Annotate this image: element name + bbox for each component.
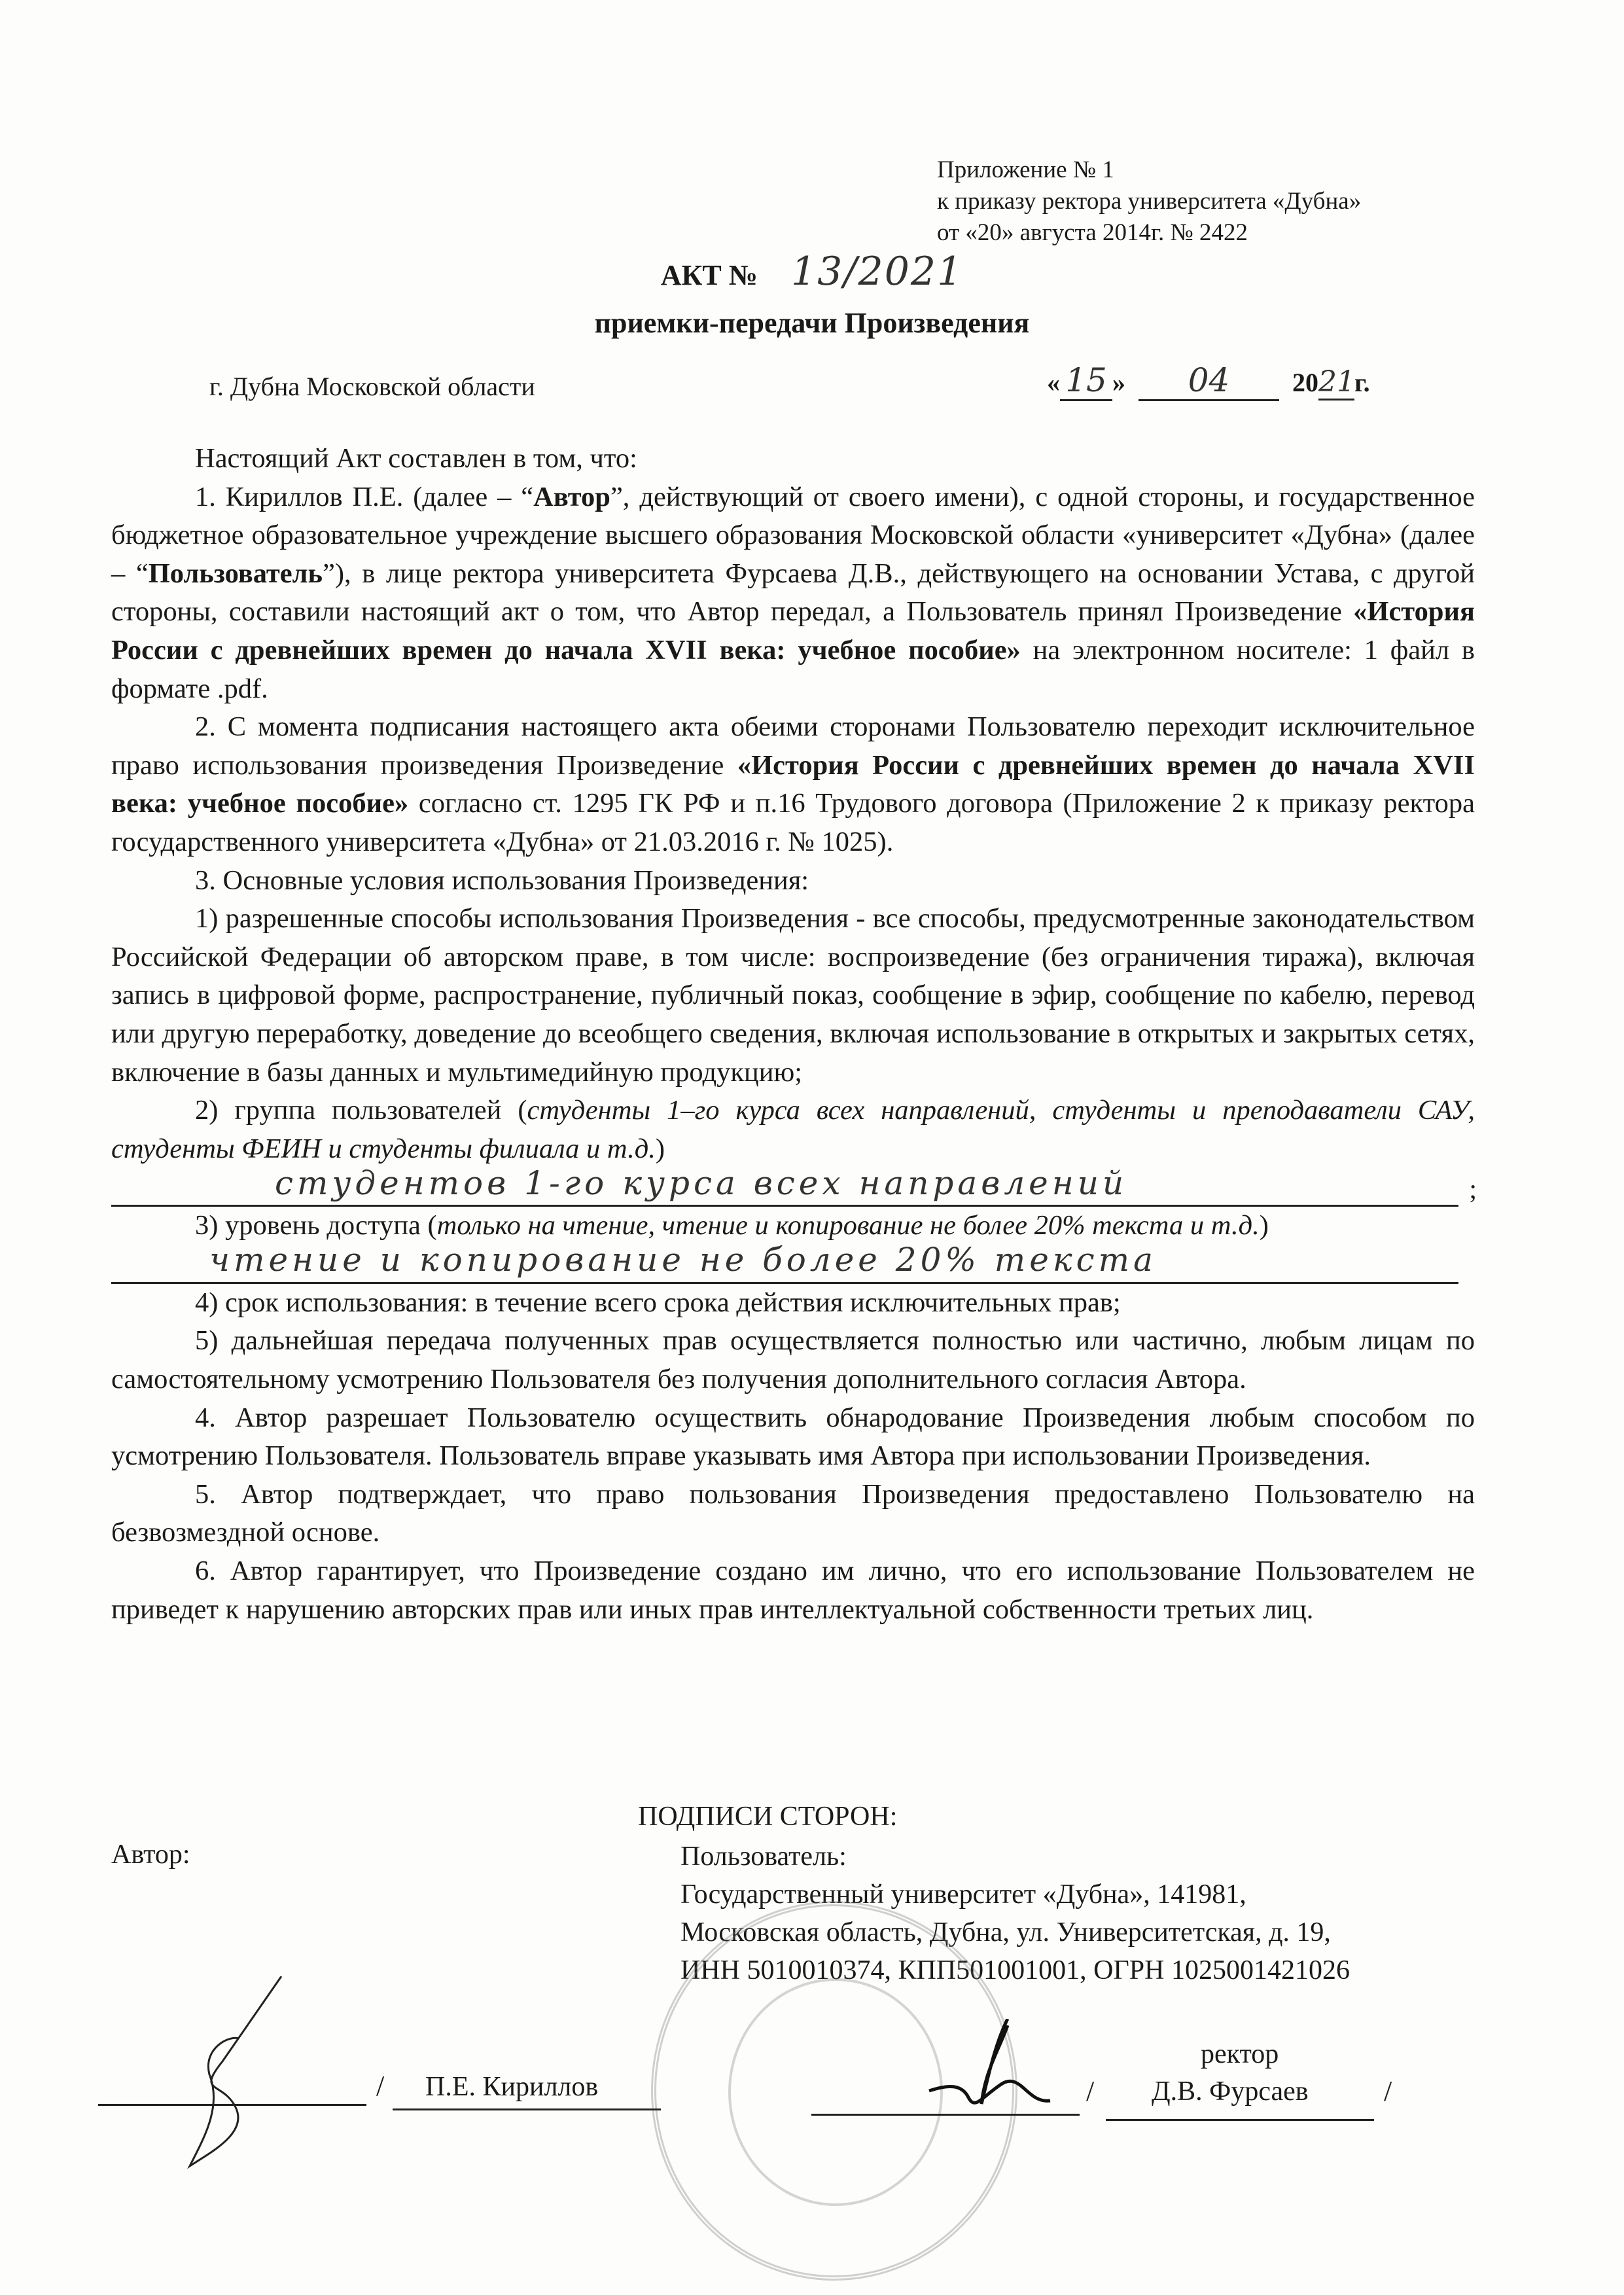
date-year-mark: г. bbox=[1354, 368, 1370, 397]
clause-3-3-close: ) bbox=[1260, 1210, 1269, 1241]
act-body: Настоящий Акт составлен в том, что: 1. К… bbox=[111, 440, 1475, 1629]
clause-3-2-label: 2) группа пользователей ( bbox=[195, 1095, 527, 1126]
user-org: Государственный университет «Дубна», 141… bbox=[680, 1876, 1350, 1913]
clause-3-1: 1) разрешенные способы использования Про… bbox=[111, 900, 1475, 1092]
clause-3-4: 4) срок использования: в течение всего с… bbox=[111, 1284, 1475, 1323]
act-label: АКТ № bbox=[661, 259, 758, 291]
author-term: Автор bbox=[533, 482, 610, 512]
access-level-handwritten: чтение и копирование не более 20% текста bbox=[209, 1241, 1157, 1279]
clause-3-2-close: ) bbox=[656, 1133, 665, 1164]
clause-4: 4. Автор разрешает Пользователю осуществ… bbox=[111, 1399, 1475, 1476]
act-title: АКТ № 13/2021 bbox=[0, 249, 1624, 294]
date-month: 04 bbox=[1139, 361, 1279, 401]
rector-slash-right: / bbox=[1384, 2074, 1392, 2108]
clause-3-3-hint: только на чтение, чтение и копирование н… bbox=[437, 1210, 1260, 1241]
access-level-field: чтение и копирование не более 20% текста bbox=[111, 1245, 1458, 1284]
rector-slash-left: / bbox=[1086, 2074, 1094, 2108]
appendix-number: Приложение № 1 bbox=[937, 154, 1361, 186]
user-group-terminator: ; bbox=[1469, 1171, 1477, 1209]
user-group-handwritten: студентов 1-го курса всех направлений bbox=[275, 1164, 1127, 1203]
appendix-header: Приложение № 1 к приказу ректора универс… bbox=[937, 154, 1361, 249]
place: г. Дубна Московской области bbox=[209, 371, 535, 402]
intro-paragraph: Настоящий Акт составлен в том, что: bbox=[111, 440, 1475, 478]
user-group-field: студентов 1-го курса всех направлений ; bbox=[111, 1168, 1458, 1207]
date-year-prefix: 20 bbox=[1292, 368, 1318, 397]
signatures-title: ПОДПИСИ СТОРОН: bbox=[638, 1801, 897, 1832]
clause-3-3: 3) уровень доступа (только на чтение, чт… bbox=[111, 1207, 1475, 1245]
clause-6: 6. Автор гарантирует, что Произведение с… bbox=[111, 1552, 1475, 1629]
appendix-order-date: от «20» августа 2014г. № 2422 bbox=[937, 217, 1361, 249]
clause-3-3-label: 3) уровень доступа ( bbox=[195, 1210, 437, 1241]
act-date: «15» 04 2021г. bbox=[1047, 361, 1370, 401]
date-quote-open: « bbox=[1047, 368, 1060, 397]
rector-name: Д.В. Фурсаев bbox=[1152, 2076, 1309, 2107]
appendix-order: к приказу ректора университета «Дубна» bbox=[937, 186, 1361, 217]
date-day: 15 bbox=[1060, 361, 1112, 401]
rector-signature-line bbox=[811, 2114, 1080, 2116]
clause-3-2: 2) группа пользователей (студенты 1–го к… bbox=[111, 1092, 1475, 1168]
user-term: Пользователь bbox=[149, 558, 323, 589]
clause-5: 5. Автор подтверждает, что право пользов… bbox=[111, 1476, 1475, 1552]
author-name: П.Е. Кириллов bbox=[425, 2071, 598, 2103]
rector-signature-icon bbox=[923, 2019, 1053, 2110]
clause-2: 2. С момента подписания настоящего акта … bbox=[111, 708, 1475, 861]
date-quote-close: » bbox=[1112, 368, 1125, 397]
clause-3: 3. Основные условия использования Произв… bbox=[111, 862, 1475, 900]
act-subtitle: приемки-передачи Произведения bbox=[0, 306, 1624, 340]
author-name-line bbox=[393, 2108, 661, 2110]
date-year-suffix: 21 bbox=[1318, 365, 1354, 400]
user-label: Пользователь: bbox=[680, 1838, 1350, 1876]
document-page: Приложение № 1 к приказу ректора универс… bbox=[0, 0, 1624, 2295]
act-number-handwritten: 13/2021 bbox=[791, 249, 963, 294]
clause-1-text-a: 1. Кириллов П.Е. (далее – “ bbox=[195, 482, 533, 512]
author-signature-icon bbox=[183, 1976, 288, 2173]
clause-3-5: 5) дальнейшая передача полученных прав о… bbox=[111, 1322, 1475, 1398]
author-slash: / bbox=[376, 2069, 384, 2103]
rector-name-line bbox=[1106, 2119, 1374, 2121]
author-label: Автор: bbox=[111, 1839, 190, 1870]
clause-1: 1. Кириллов П.Е. (далее – “Автор”, дейст… bbox=[111, 478, 1475, 709]
rector-title: ректор bbox=[1201, 2038, 1279, 2070]
